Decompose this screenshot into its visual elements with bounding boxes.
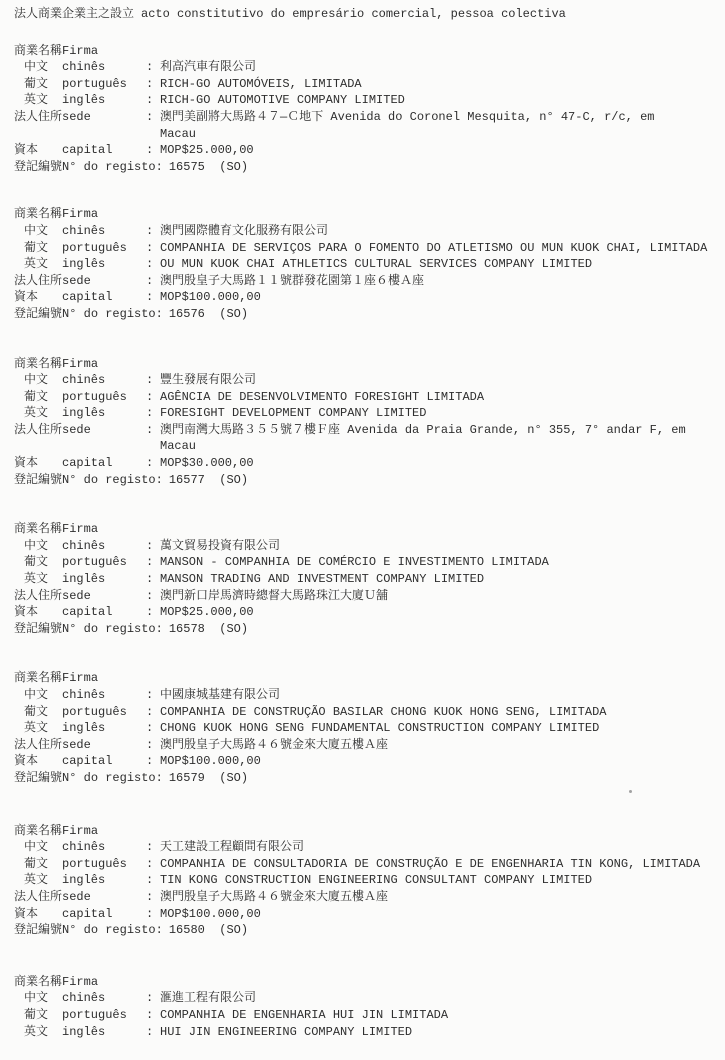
field-label-pt: inglês xyxy=(62,720,146,737)
colon-separator: : xyxy=(146,571,160,588)
field-value: 16578 (SO) xyxy=(169,621,717,638)
field-label-zh: 資本 xyxy=(14,906,62,923)
field-value: CHONG KUOK HONG SENG FUNDAMENTAL CONSTRU… xyxy=(160,720,717,737)
field-label-pt: sede xyxy=(62,109,146,126)
colon-separator xyxy=(146,670,160,687)
field-label-zh: 登記編號 xyxy=(14,159,62,176)
field-label-zh: 葡文 xyxy=(14,704,62,721)
field-value: 天工建設工程顧問有限公司 xyxy=(160,839,717,856)
field-label-pt: chinês xyxy=(62,59,146,76)
field-label-zh: 英文 xyxy=(14,405,62,422)
field-label-zh: 法人住所 xyxy=(14,422,62,439)
field-label-zh: 葡文 xyxy=(14,554,62,571)
record-row: 登記編號N° do registo:16577 (SO) xyxy=(14,472,717,489)
colon-separator: : xyxy=(146,889,160,906)
record-block: 商業名稱Firma中文chinês:中國康城基建有限公司葡文português:… xyxy=(14,670,717,786)
record-row: 資本capital:MOP$100.000,00 xyxy=(14,289,717,306)
record-row: 中文chinês:中國康城基建有限公司 xyxy=(14,687,717,704)
field-value: RICH-GO AUTOMÓVEIS, LIMITADA xyxy=(160,76,717,93)
field-label-zh: 商業名稱 xyxy=(14,206,62,223)
field-label-pt: sede xyxy=(62,889,146,906)
record-row: 登記編號N° do registo:16576 (SO) xyxy=(14,306,717,323)
field-label-pt: N° do registo: xyxy=(62,472,169,489)
colon-separator xyxy=(146,206,160,223)
spacer xyxy=(14,126,62,143)
scan-artifact-dot xyxy=(629,790,632,793)
field-label-zh: 資本 xyxy=(14,455,62,472)
field-label-zh: 登記編號 xyxy=(14,922,62,939)
colon-separator: : xyxy=(146,59,160,76)
field-label-zh: 資本 xyxy=(14,289,62,306)
record-row: 資本capital:MOP$25.000,00 xyxy=(14,604,717,621)
field-label-pt: chinês xyxy=(62,538,146,555)
record-row: 資本capital:MOP$100.000,00 xyxy=(14,906,717,923)
page-title: 法人商業企業主之設立acto constitutivo do empresári… xyxy=(14,6,717,23)
record-row: 英文inglês:TIN KONG CONSTRUCTION ENGINEERI… xyxy=(14,872,717,889)
colon-separator: : xyxy=(146,990,160,1007)
record-block: 商業名稱Firma中文chinês:萬文貿易投資有限公司葡文português:… xyxy=(14,521,717,637)
field-label-pt: N° do registo: xyxy=(62,922,169,939)
field-label-zh: 葡文 xyxy=(14,240,62,257)
field-label-pt: Firma xyxy=(62,43,146,60)
field-value: 滙進工程有限公司 xyxy=(160,990,717,1007)
record-row: 葡文português:COMPANHIA DE SERVIÇOS PARA O… xyxy=(14,240,717,257)
field-label-zh: 登記編號 xyxy=(14,306,62,323)
field-label-zh: 英文 xyxy=(14,256,62,273)
field-value: 澳門殷皇子大馬路４６號金來大廈五樓Ａ座 xyxy=(160,889,717,906)
record-row: 英文inglês:HUI JIN ENGINEERING COMPANY LIM… xyxy=(14,1024,717,1041)
field-value: FORESIGHT DEVELOPMENT COMPANY LIMITED xyxy=(160,405,717,422)
field-label-zh: 資本 xyxy=(14,604,62,621)
colon-separator: : xyxy=(146,1024,160,1041)
field-value: COMPANHIA DE ENGENHARIA HUI JIN LIMITADA xyxy=(160,1007,717,1024)
colon-separator: : xyxy=(146,223,160,240)
field-label-pt: chinês xyxy=(62,687,146,704)
field-label-zh: 中文 xyxy=(14,59,62,76)
spacer xyxy=(62,438,146,455)
colon-separator: : xyxy=(146,1007,160,1024)
records: 商業名稱Firma中文chinês:利高汽車有限公司葡文português:RI… xyxy=(14,43,717,1041)
field-label-pt: chinês xyxy=(62,372,146,389)
field-label-pt: sede xyxy=(62,588,146,605)
field-label-pt: N° do registo: xyxy=(62,621,169,638)
field-label-pt: inglês xyxy=(62,872,146,889)
record-row: 葡文português:COMPANHIA DE CONSULTADORIA D… xyxy=(14,856,717,873)
colon-separator: : xyxy=(146,142,160,159)
field-value: 萬文貿易投資有限公司 xyxy=(160,538,717,555)
field-value-continuation: Macau xyxy=(160,126,717,143)
record-row: 資本capital:MOP$100.000,00 xyxy=(14,753,717,770)
colon-separator: : xyxy=(146,554,160,571)
field-label-zh: 中文 xyxy=(14,839,62,856)
field-label-zh: 資本 xyxy=(14,753,62,770)
field-label-pt: inglês xyxy=(62,571,146,588)
spacer xyxy=(146,438,160,455)
colon-separator: : xyxy=(146,720,160,737)
spacer xyxy=(14,438,62,455)
record-row: 登記編號N° do registo:16575 (SO) xyxy=(14,159,717,176)
record-row: 葡文português:RICH-GO AUTOMÓVEIS, LIMITADA xyxy=(14,76,717,93)
field-label-zh: 英文 xyxy=(14,571,62,588)
field-label-zh: 商業名稱 xyxy=(14,670,62,687)
colon-separator: : xyxy=(146,289,160,306)
colon-separator: : xyxy=(146,240,160,257)
field-label-pt: português xyxy=(62,240,146,257)
field-label-zh: 葡文 xyxy=(14,76,62,93)
record-row: 中文chinês:澳門國際體育文化服務有限公司 xyxy=(14,223,717,240)
field-label-zh: 葡文 xyxy=(14,856,62,873)
record-row: 中文chinês:萬文貿易投資有限公司 xyxy=(14,538,717,555)
field-value-continuation: Macau xyxy=(160,438,717,455)
colon-separator xyxy=(146,823,160,840)
field-label-pt: Firma xyxy=(62,206,146,223)
colon-separator: : xyxy=(146,256,160,273)
field-value: RICH-GO AUTOMOTIVE COMPANY LIMITED xyxy=(160,92,717,109)
field-label-pt: Firma xyxy=(62,974,146,991)
record-row: 資本capital:MOP$30.000,00 xyxy=(14,455,717,472)
field-value: COMPANHIA DE SERVIÇOS PARA O FOMENTO DO … xyxy=(160,240,717,257)
field-label-zh: 法人住所 xyxy=(14,109,62,126)
record-row: 中文chinês:滙進工程有限公司 xyxy=(14,990,717,1007)
field-value: 16575 (SO) xyxy=(169,159,717,176)
field-label-pt: inglês xyxy=(62,405,146,422)
record-row: 英文inglês:CHONG KUOK HONG SENG FUNDAMENTA… xyxy=(14,720,717,737)
colon-separator: : xyxy=(146,604,160,621)
record-row: 商業名稱Firma xyxy=(14,43,717,60)
page-title-portuguese: acto constitutivo do empresário comercia… xyxy=(134,7,566,21)
record-row: 資本capital:MOP$25.000,00 xyxy=(14,142,717,159)
field-label-zh: 商業名稱 xyxy=(14,974,62,991)
record-block: 商業名稱Firma中文chinês:滙進工程有限公司葡文português:CO… xyxy=(14,974,717,1040)
colon-separator xyxy=(146,974,160,991)
field-value xyxy=(160,206,717,223)
field-label-zh: 中文 xyxy=(14,223,62,240)
field-label-pt: sede xyxy=(62,273,146,290)
record-row: 葡文português:COMPANHIA DE CONSTRUÇÃO BASI… xyxy=(14,704,717,721)
colon-separator: : xyxy=(146,588,160,605)
record-row: 商業名稱Firma xyxy=(14,974,717,991)
record-row: 英文inglês:OU MUN KUOK CHAI ATHLETICS CULT… xyxy=(14,256,717,273)
colon-separator: : xyxy=(146,92,160,109)
page-title-chinese: 法人商業企業主之設立 xyxy=(14,7,134,21)
colon-separator: : xyxy=(146,856,160,873)
record-row: 中文chinês:天工建設工程顧問有限公司 xyxy=(14,839,717,856)
record-row: 法人住所sede:澳門南灣大馬路３５５號７樓Ｆ座 Avenida da Prai… xyxy=(14,422,717,439)
record-row: 商業名稱Firma xyxy=(14,206,717,223)
field-value: 澳門殷皇子大馬路１１號群發花園第１座６樓Ａ座 xyxy=(160,273,717,290)
field-label-pt: N° do registo: xyxy=(62,306,169,323)
field-value: 中國康城基建有限公司 xyxy=(160,687,717,704)
field-label-zh: 葡文 xyxy=(14,1007,62,1024)
record-row: 登記編號N° do registo:16578 (SO) xyxy=(14,621,717,638)
field-label-pt: chinês xyxy=(62,990,146,1007)
field-label-pt: Firma xyxy=(62,823,146,840)
record-row-continuation: Macau xyxy=(14,126,717,143)
colon-separator: : xyxy=(146,273,160,290)
record-row: 法人住所sede:澳門殷皇子大馬路１１號群發花園第１座６樓Ａ座 xyxy=(14,273,717,290)
field-value xyxy=(160,43,717,60)
field-value: 16576 (SO) xyxy=(169,306,717,323)
field-label-pt: português xyxy=(62,1007,146,1024)
colon-separator: : xyxy=(146,109,160,126)
field-label-pt: chinês xyxy=(62,839,146,856)
field-value: 澳門美副將大馬路４７—Ｃ地下 Avenida do Coronel Mesqui… xyxy=(160,109,717,126)
field-label-pt: português xyxy=(62,389,146,406)
field-label-zh: 法人住所 xyxy=(14,588,62,605)
field-value: 澳門殷皇子大馬路４６號金來大廈五樓Ａ座 xyxy=(160,737,717,754)
record-row: 法人住所sede:澳門殷皇子大馬路４６號金來大廈五樓Ａ座 xyxy=(14,889,717,906)
field-value: HUI JIN ENGINEERING COMPANY LIMITED xyxy=(160,1024,717,1041)
record-row: 商業名稱Firma xyxy=(14,823,717,840)
field-label-zh: 法人住所 xyxy=(14,889,62,906)
field-value: MOP$30.000,00 xyxy=(160,455,717,472)
field-value: MOP$25.000,00 xyxy=(160,142,717,159)
field-label-zh: 法人住所 xyxy=(14,737,62,754)
colon-separator: : xyxy=(146,704,160,721)
colon-separator: : xyxy=(146,372,160,389)
document-page: { "page": { "title_zh": "法人商業企業主之設立", "t… xyxy=(0,0,725,1060)
colon-separator: : xyxy=(146,422,160,439)
field-label-pt: capital xyxy=(62,289,146,306)
colon-separator: : xyxy=(146,906,160,923)
colon-separator xyxy=(146,356,160,373)
field-label-pt: inglês xyxy=(62,256,146,273)
record-row: 葡文português:AGÊNCIA DE DESENVOLVIMENTO F… xyxy=(14,389,717,406)
field-value: 16577 (SO) xyxy=(169,472,717,489)
field-value: 澳門南灣大馬路３５５號７樓Ｆ座 Avenida da Praia Grande,… xyxy=(160,422,717,439)
field-label-zh: 商業名稱 xyxy=(14,521,62,538)
field-label-zh: 英文 xyxy=(14,872,62,889)
field-value: AGÊNCIA DE DESENVOLVIMENTO FORESIGHT LIM… xyxy=(160,389,717,406)
field-label-pt: capital xyxy=(62,906,146,923)
field-label-zh: 中文 xyxy=(14,990,62,1007)
colon-separator: : xyxy=(146,687,160,704)
field-label-pt: N° do registo: xyxy=(62,159,169,176)
field-label-pt: Firma xyxy=(62,356,146,373)
field-value: MOP$100.000,00 xyxy=(160,906,717,923)
field-value: TIN KONG CONSTRUCTION ENGINEERING CONSUL… xyxy=(160,872,717,889)
record-block: 商業名稱Firma中文chinês:澳門國際體育文化服務有限公司葡文portug… xyxy=(14,206,717,322)
record-row: 法人住所sede:澳門新口岸馬濟時總督大馬路珠江大廈Ｕ舖 xyxy=(14,588,717,605)
colon-separator: : xyxy=(146,538,160,555)
field-label-pt: Firma xyxy=(62,521,146,538)
field-label-pt: inglês xyxy=(62,1024,146,1041)
field-value: 16580 (SO) xyxy=(169,922,717,939)
field-label-zh: 中文 xyxy=(14,372,62,389)
record-row: 中文chinês:豐生發展有限公司 xyxy=(14,372,717,389)
record-row: 法人住所sede:澳門美副將大馬路４７—Ｃ地下 Avenida do Coron… xyxy=(14,109,717,126)
field-label-zh: 商業名稱 xyxy=(14,43,62,60)
field-label-pt: português xyxy=(62,704,146,721)
record-block: 商業名稱Firma中文chinês:利高汽車有限公司葡文português:RI… xyxy=(14,43,717,176)
field-value xyxy=(160,356,717,373)
field-label-pt: Firma xyxy=(62,670,146,687)
colon-separator xyxy=(146,521,160,538)
record-row: 商業名稱Firma xyxy=(14,670,717,687)
field-label-zh: 登記編號 xyxy=(14,472,62,489)
record-row: 商業名稱Firma xyxy=(14,521,717,538)
field-value: 澳門新口岸馬濟時總督大馬路珠江大廈Ｕ舖 xyxy=(160,588,717,605)
field-value: COMPANHIA DE CONSTRUÇÃO BASILAR CHONG KU… xyxy=(160,704,717,721)
record-row: 法人住所sede:澳門殷皇子大馬路４６號金來大廈五樓Ａ座 xyxy=(14,737,717,754)
spacer xyxy=(146,126,160,143)
colon-separator: : xyxy=(146,872,160,889)
colon-separator: : xyxy=(146,737,160,754)
field-label-zh: 登記編號 xyxy=(14,621,62,638)
field-label-pt: sede xyxy=(62,422,146,439)
record-row: 中文chinês:利高汽車有限公司 xyxy=(14,59,717,76)
colon-separator: : xyxy=(146,76,160,93)
field-label-zh: 登記編號 xyxy=(14,770,62,787)
record-row: 登記編號N° do registo:16580 (SO) xyxy=(14,922,717,939)
field-label-zh: 葡文 xyxy=(14,389,62,406)
record-row: 英文inglês:RICH-GO AUTOMOTIVE COMPANY LIMI… xyxy=(14,92,717,109)
field-label-zh: 資本 xyxy=(14,142,62,159)
field-value: MANSON TRADING AND INVESTMENT COMPANY LI… xyxy=(160,571,717,588)
field-label-pt: chinês xyxy=(62,223,146,240)
field-value xyxy=(160,823,717,840)
field-label-pt: capital xyxy=(62,753,146,770)
field-label-zh: 英文 xyxy=(14,92,62,109)
field-label-zh: 中文 xyxy=(14,687,62,704)
field-value: 利高汽車有限公司 xyxy=(160,59,717,76)
record-row-continuation: Macau xyxy=(14,438,717,455)
record-row: 英文inglês:MANSON TRADING AND INVESTMENT C… xyxy=(14,571,717,588)
field-value: 16579 (SO) xyxy=(169,770,717,787)
record-row: 登記編號N° do registo:16579 (SO) xyxy=(14,770,717,787)
field-label-zh: 中文 xyxy=(14,538,62,555)
record-row: 葡文português:COMPANHIA DE ENGENHARIA HUI … xyxy=(14,1007,717,1024)
colon-separator: : xyxy=(146,455,160,472)
spacer xyxy=(62,126,146,143)
field-label-zh: 商業名稱 xyxy=(14,356,62,373)
colon-separator: : xyxy=(146,753,160,770)
record-row: 商業名稱Firma xyxy=(14,356,717,373)
field-value: MOP$100.000,00 xyxy=(160,753,717,770)
field-label-pt: português xyxy=(62,76,146,93)
colon-separator: : xyxy=(146,839,160,856)
field-label-pt: português xyxy=(62,554,146,571)
field-value: 澳門國際體育文化服務有限公司 xyxy=(160,223,717,240)
field-value xyxy=(160,521,717,538)
field-label-pt: inglês xyxy=(62,92,146,109)
field-label-pt: N° do registo: xyxy=(62,770,169,787)
field-value: MOP$25.000,00 xyxy=(160,604,717,621)
record-block: 商業名稱Firma中文chinês:天工建設工程顧問有限公司葡文portuguê… xyxy=(14,823,717,939)
field-label-pt: capital xyxy=(62,604,146,621)
colon-separator: : xyxy=(146,405,160,422)
field-value xyxy=(160,974,717,991)
record-row: 葡文português:MANSON - COMPANHIA DE COMÉRC… xyxy=(14,554,717,571)
field-label-pt: capital xyxy=(62,142,146,159)
field-value: 豐生發展有限公司 xyxy=(160,372,717,389)
field-value: MOP$100.000,00 xyxy=(160,289,717,306)
field-label-zh: 商業名稱 xyxy=(14,823,62,840)
field-value: COMPANHIA DE CONSULTADORIA DE CONSTRUÇÃO… xyxy=(160,856,717,873)
field-label-pt: sede xyxy=(62,737,146,754)
field-label-pt: português xyxy=(62,856,146,873)
field-value xyxy=(160,670,717,687)
colon-separator xyxy=(146,43,160,60)
colon-separator: : xyxy=(146,389,160,406)
record-row: 英文inglês:FORESIGHT DEVELOPMENT COMPANY L… xyxy=(14,405,717,422)
field-label-zh: 法人住所 xyxy=(14,273,62,290)
record-block: 商業名稱Firma中文chinês:豐生發展有限公司葡文português:AG… xyxy=(14,356,717,489)
field-label-zh: 英文 xyxy=(14,720,62,737)
field-value: MANSON - COMPANHIA DE COMÉRCIO E INVESTI… xyxy=(160,554,717,571)
field-label-zh: 英文 xyxy=(14,1024,62,1041)
field-value: OU MUN KUOK CHAI ATHLETICS CULTURAL SERV… xyxy=(160,256,717,273)
field-label-pt: capital xyxy=(62,455,146,472)
